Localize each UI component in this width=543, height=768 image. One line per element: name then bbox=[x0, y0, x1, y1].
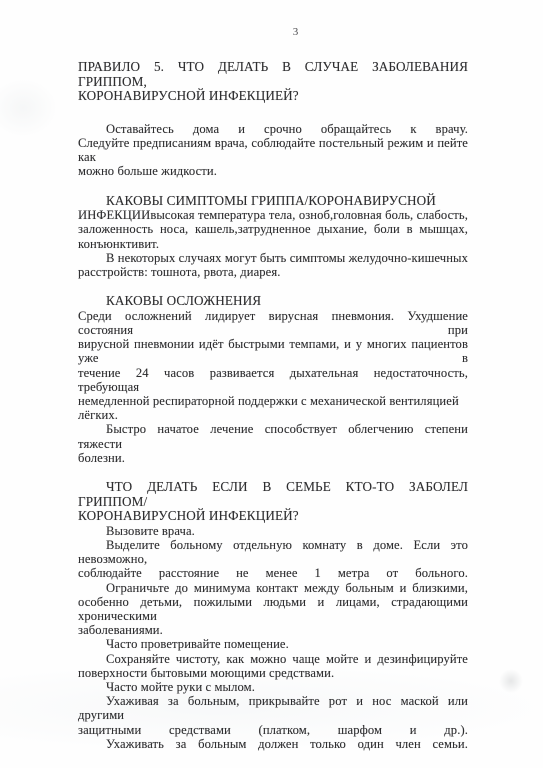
text-line: Часто проветривайте помещение. bbox=[78, 637, 468, 651]
text-line: защитными средствами (платком, шарфом и … bbox=[78, 723, 468, 737]
text-line: ИНФЕКЦИИвысокая температура тела, озноб,… bbox=[78, 208, 468, 222]
document-title: ПРАВИЛО 5. ЧТО ДЕЛАТЬ В СЛУЧАЕ ЗАБОЛЕВАН… bbox=[78, 60, 468, 104]
text-line: болезни. bbox=[78, 451, 468, 465]
scan-artifact bbox=[498, 668, 524, 694]
text-line: КАКОВЫ ОСЛОЖНЕНИЯ bbox=[78, 294, 468, 309]
text-line: ЧТО ДЕЛАТЬ ЕСЛИ В СЕМЬЕ КТО-ТО ЗАБОЛЕЛ Г… bbox=[78, 480, 468, 509]
text-line: Сохраняйте чистоту, как можно чаще мойте… bbox=[78, 652, 468, 666]
text-line: заболеваниями. bbox=[78, 623, 468, 637]
paragraph: Ухаживая за больным, прикрывайте рот и н… bbox=[78, 694, 468, 737]
text-line: Вызовите врача. bbox=[78, 524, 468, 538]
text-line: течение 24 часов развивается дыхательная… bbox=[78, 366, 468, 394]
text-line: конъюнктивит. bbox=[78, 237, 468, 251]
text-line: особенно детьми, пожилыми людьми и лицам… bbox=[78, 595, 468, 623]
text-line: Выделите больному отдельную комнату в до… bbox=[78, 538, 468, 566]
text-line: КОРОНАВИРУСНОЙ ИНФЕКЦИЕЙ? bbox=[78, 89, 468, 104]
paragraph: Сохраняйте чистоту, как можно чаще мойте… bbox=[78, 652, 468, 680]
text-line: КОРОНАВИРУСНОЙ ИНФЕКЦИЕЙ? bbox=[78, 509, 468, 524]
text-line: Следуйте предписаниям врача, соблюдайте … bbox=[78, 136, 468, 164]
text-line: расстройств: тошнота, рвота, диарея. bbox=[78, 265, 468, 279]
paragraph: Ухаживать за больным должен только один … bbox=[78, 737, 468, 751]
text-line: Быстро начатое лечение способствует обле… bbox=[78, 422, 468, 450]
paragraph: Выделите больному отдельную комнату в до… bbox=[78, 538, 468, 581]
paragraph: Часто проветривайте помещение. bbox=[78, 637, 468, 651]
text-line: КАКОВЫ СИМПТОМЫ ГРИППА/КОРОНАВИРУСНОЙ bbox=[78, 194, 468, 209]
text-line: Ухаживать за больным должен только один … bbox=[78, 737, 468, 751]
paragraph: Оставайтесь дома и срочно обращайтесь к … bbox=[78, 122, 468, 179]
text-line: Ограничьте до минимума контакт между бол… bbox=[78, 581, 468, 595]
text-line: поверхности бытовыми моющими средствами. bbox=[78, 666, 468, 680]
text-line: ПРАВИЛО 5. ЧТО ДЕЛАТЬ В СЛУЧАЕ ЗАБОЛЕВАН… bbox=[78, 60, 468, 89]
heading: КАКОВЫ ОСЛОЖНЕНИЯ bbox=[78, 294, 468, 309]
text-line: Среди осложнений лидирует вирусная пневм… bbox=[78, 309, 468, 337]
text-line: В некоторых случаях могут быть симптомы … bbox=[78, 251, 468, 265]
paragraph: Вызовите врача. bbox=[78, 524, 468, 538]
text-line: заложенность носа, кашель,затрудненное д… bbox=[78, 222, 468, 236]
scan-artifact bbox=[0, 78, 58, 138]
document-body: ПРАВИЛО 5. ЧТО ДЕЛАТЬ В СЛУЧАЕ ЗАБОЛЕВАН… bbox=[78, 60, 468, 751]
page-number: 3 bbox=[0, 26, 543, 38]
text-line: можно больше жидкости. bbox=[78, 164, 468, 178]
text-line: соблюдайте расстояние не менее 1 метра о… bbox=[78, 566, 468, 580]
text-line: Оставайтесь дома и срочно обращайтесь к … bbox=[78, 122, 468, 136]
paragraph: Среди осложнений лидирует вирусная пневм… bbox=[78, 309, 468, 423]
heading-paragraph: КАКОВЫ СИМПТОМЫ ГРИППА/КОРОНАВИРУСНОЙИНФ… bbox=[78, 194, 468, 251]
paragraph: Часто мойте руки с мылом. bbox=[78, 680, 468, 694]
text-line: Часто мойте руки с мылом. bbox=[78, 680, 468, 694]
heading-paragraph: ЧТО ДЕЛАТЬ ЕСЛИ В СЕМЬЕ КТО-ТО ЗАБОЛЕЛ Г… bbox=[78, 480, 468, 524]
paragraph: Быстро начатое лечение способствует обле… bbox=[78, 422, 468, 465]
text-line: вирусной пневмонии идёт быстрыми темпами… bbox=[78, 337, 468, 365]
paragraph: Ограничьте до минимума контакт между бол… bbox=[78, 581, 468, 638]
paragraph: В некоторых случаях могут быть симптомы … bbox=[78, 251, 468, 279]
text-line: немедленной респираторной поддержки с ме… bbox=[78, 394, 468, 422]
document-page: 3 ПРАВИЛО 5. ЧТО ДЕЛАТЬ В СЛУЧАЕ ЗАБОЛЕВ… bbox=[0, 0, 543, 768]
text-line: Ухаживая за больным, прикрывайте рот и н… bbox=[78, 694, 468, 722]
